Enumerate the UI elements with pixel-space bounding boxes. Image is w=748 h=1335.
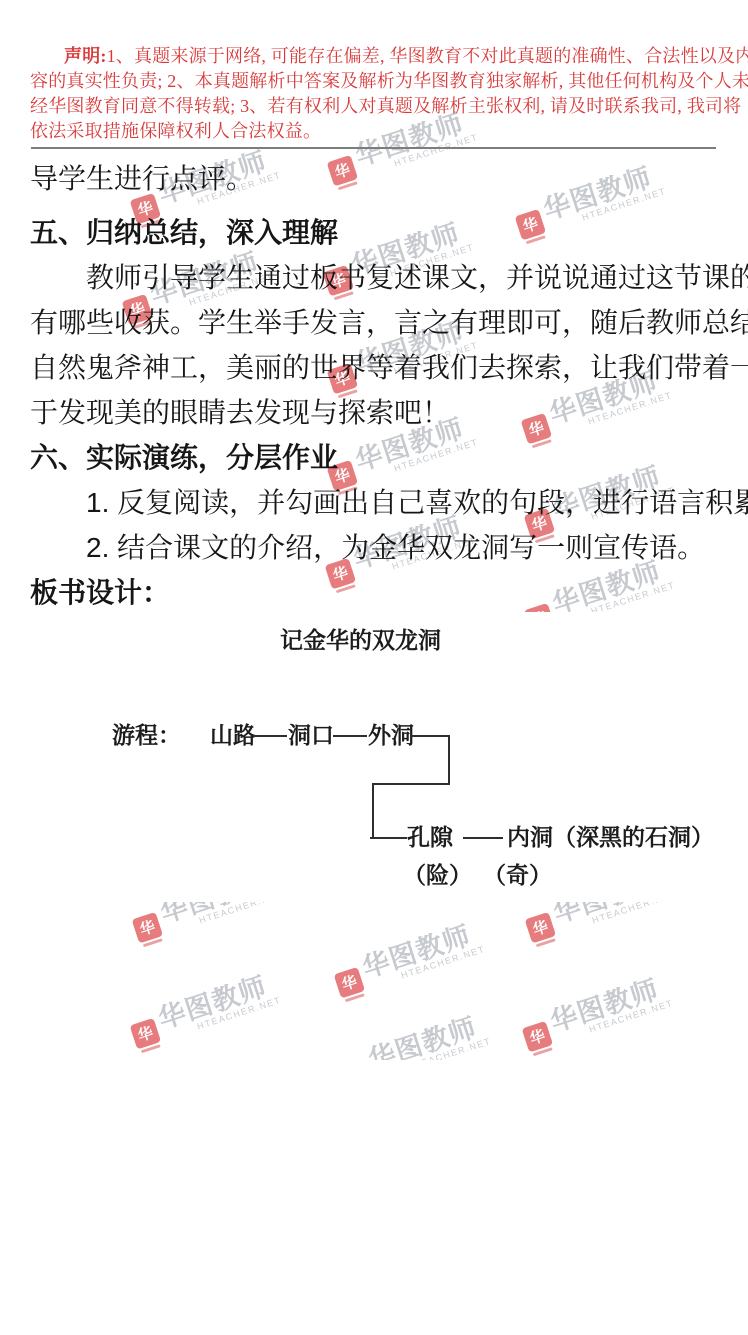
watermark-domain: HTEACHER.NET xyxy=(588,999,674,1035)
assignment-item-2: 2. 结合课文的介绍，为金华双龙洞写一则宣传语。 xyxy=(30,525,718,570)
disclaimer-notice: 声明:1、真题来源于网络, 可能存在偏差, 华图教育不对此真题的准确性、合法性以… xyxy=(30,44,720,144)
route-connector xyxy=(370,837,407,839)
route-connector xyxy=(372,783,450,785)
route-node-dongkou: 洞口 xyxy=(288,721,334,749)
huatu-logo-icon: 华 xyxy=(525,912,557,944)
board-design-panel: 记金华的双龙洞 游程： 山路 洞口 外洞 孔隙 内洞（深黑的石洞） （险） （奇… xyxy=(85,612,715,902)
huatu-logo-icon: 华 xyxy=(132,912,164,944)
route-connector xyxy=(463,837,503,839)
huatu-logo-icon: 华 xyxy=(334,967,366,999)
route-node-waidong: 外洞 xyxy=(368,721,414,749)
route-connector xyxy=(372,783,374,839)
note-danger: （险） xyxy=(403,861,472,889)
section-heading-six: 六、实际演练，分层作业 xyxy=(30,435,718,480)
watermark-name: 华图教师 xyxy=(155,969,280,1034)
section-heading-five: 五、归纳总结，深入理解 xyxy=(30,210,718,255)
huatu-logo-icon: 华 xyxy=(130,1018,162,1050)
disclaimer-label: 声明: xyxy=(64,46,107,66)
watermark-name: 华图教师 xyxy=(359,918,484,983)
watermark-caption-mark xyxy=(140,1044,160,1053)
body-text: 导学生进行点评。 五、归纳总结，深入理解 教师引导学生通过板书复述课文，并说说通… xyxy=(30,156,718,615)
disclaimer-line: 声明:1、真题来源于网络, 可能存在偏差, 华图教育不对此真题的准确性、合法性以… xyxy=(30,44,720,69)
assignment-item-1: 1. 反复阅读，并勾画出自己喜欢的句段，进行语言积累； xyxy=(30,480,718,525)
text-line: 导学生进行点评。 xyxy=(30,156,718,201)
route-connector xyxy=(448,735,450,785)
route-label: 游程： xyxy=(112,721,181,749)
watermark-name: 华图教师 xyxy=(547,972,672,1037)
text-line: 教师引导学生通过板书复述课文，并说说通过这节课的学习， xyxy=(30,255,718,300)
route-node-shanlu: 山路 xyxy=(210,721,256,749)
route-node-neidong: 内洞（深黑的石洞） xyxy=(507,823,714,851)
route-connector xyxy=(253,735,287,737)
disclaimer-text: 1、真题来源于网络, 可能存在偏差, 华图教育不对此真题的准确性、合法性以及内 xyxy=(107,46,748,66)
huatu-logo-icon: 华 xyxy=(522,1021,554,1053)
document-page: 华华图教师HTEACHER.NET华华图教师HTEACHER.NET华华图教师H… xyxy=(0,0,748,1335)
route-node-kongxi: 孔隙 xyxy=(407,823,453,851)
route-connector xyxy=(410,735,450,737)
watermark-caption-mark xyxy=(344,993,364,1002)
horizontal-rule xyxy=(31,147,716,149)
watermark-huatu: 华华图教师HTEACHER.NET xyxy=(130,979,284,1055)
text-line: 有哪些收获。学生举手发言，言之有理即可，随后教师总结：大 xyxy=(30,300,718,345)
disclaimer-line: 容的真实性负责; 2、本真题解析中答案及解析为华图教育独家解析, 其他任何机构及… xyxy=(30,69,720,94)
board-design-heading: 板书设计： xyxy=(30,570,718,615)
route-connector xyxy=(333,735,367,737)
watermark-huatu: 华华图教师HTEACHER.NET xyxy=(334,928,488,1004)
watermark-caption-mark xyxy=(535,938,555,947)
watermark-huatu: 华华图教师HTEACHER.NET xyxy=(522,982,676,1058)
disclaimer-line: 依法采取措施保障权利人合法权益。 xyxy=(30,119,720,144)
board-title: 记金华的双龙洞 xyxy=(280,622,441,655)
watermark-domain: HTEACHER.NET xyxy=(196,996,282,1032)
note-wonder: （奇） xyxy=(483,861,552,889)
watermark-caption-mark xyxy=(142,938,162,947)
disclaimer-line: 经华图教育同意不得转载; 3、若有权利人对真题及解析主张权利, 请及时联系我司,… xyxy=(30,94,720,119)
watermark-caption-mark xyxy=(532,1047,552,1056)
text-line: 于发现美的眼睛去发现与探索吧！ xyxy=(30,390,718,435)
bottom-cover xyxy=(0,1060,748,1335)
watermark-domain: HTEACHER.NET xyxy=(400,945,486,981)
text-line: 自然鬼斧神工，美丽的世界等着我们去探索，让我们带着一双善 xyxy=(30,345,718,390)
